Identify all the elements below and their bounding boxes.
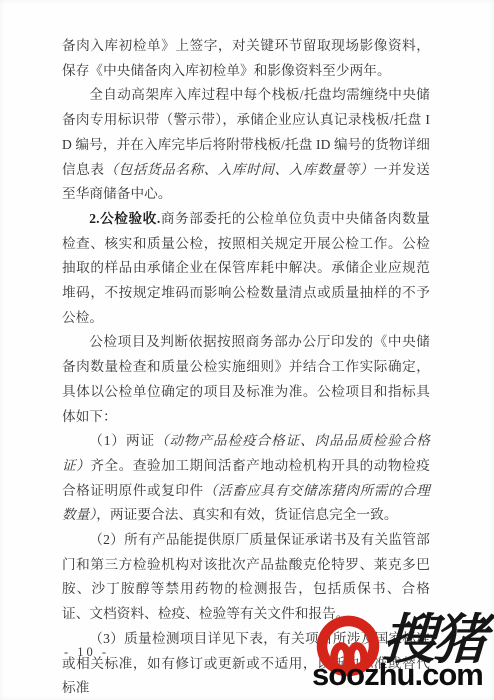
paragraph-text: ，两证要合法、真实和有效，货证信息完全一致。 bbox=[96, 507, 397, 522]
paragraph: 2.公检验收.商务部委托的公检单位负责中央储备肉数量检查、核实和质量公检，按照相… bbox=[62, 207, 430, 331]
paragraph-text: 商务部委托的公检单位负责中央储备肉数量检查、核实和质量公检，按照相关规定开展公检… bbox=[62, 211, 430, 325]
paragraph-text: 公检项目及判断依据按照商务部办公厅印发的《中央储备肉数量检查和质量公检实施细则》… bbox=[62, 334, 430, 423]
paragraph: （1）两证（动物产品检疫合格证、肉品品质检验合格证）齐全。查验加工期间活畜产地动… bbox=[62, 429, 430, 528]
paragraph: 备肉入库初检单》上签字，对关键环节留取现场影像资料，保存《中央储备肉入库初检单》… bbox=[62, 34, 430, 83]
paragraph: 全自动高架库入库过程中每个栈板/托盘均需缠绕中央储备肉专用标识带（警示带），承储… bbox=[62, 83, 430, 207]
soozhu-watermark: 搜猪 soozhu.com bbox=[314, 605, 494, 700]
page-number: - 10 - bbox=[64, 645, 109, 660]
section-heading: 2.公检验收. bbox=[89, 211, 160, 226]
paragraph-text: 备肉入库初检单》上签字，对关键环节留取现场影像资料，保存《中央储备肉入库初检单》… bbox=[62, 38, 430, 78]
document-page: 备肉入库初检单》上签字，对关键环节留取现场影像资料，保存《中央储备肉入库初检单》… bbox=[0, 0, 494, 700]
brand-domain: soozhu.com bbox=[312, 657, 483, 693]
paragraph-text-kai: （包括货品名称、入库时间、入库数量等） bbox=[105, 162, 374, 177]
paragraph-text: （1）两证 bbox=[89, 433, 155, 448]
document-body: 备肉入库初检单》上签字，对关键环节留取现场影像资料，保存《中央储备肉入库初检单》… bbox=[62, 34, 430, 700]
paragraph: 公检项目及判断依据按照商务部办公厅印发的《中央储备肉数量检查和质量公检实施细则》… bbox=[62, 330, 430, 429]
